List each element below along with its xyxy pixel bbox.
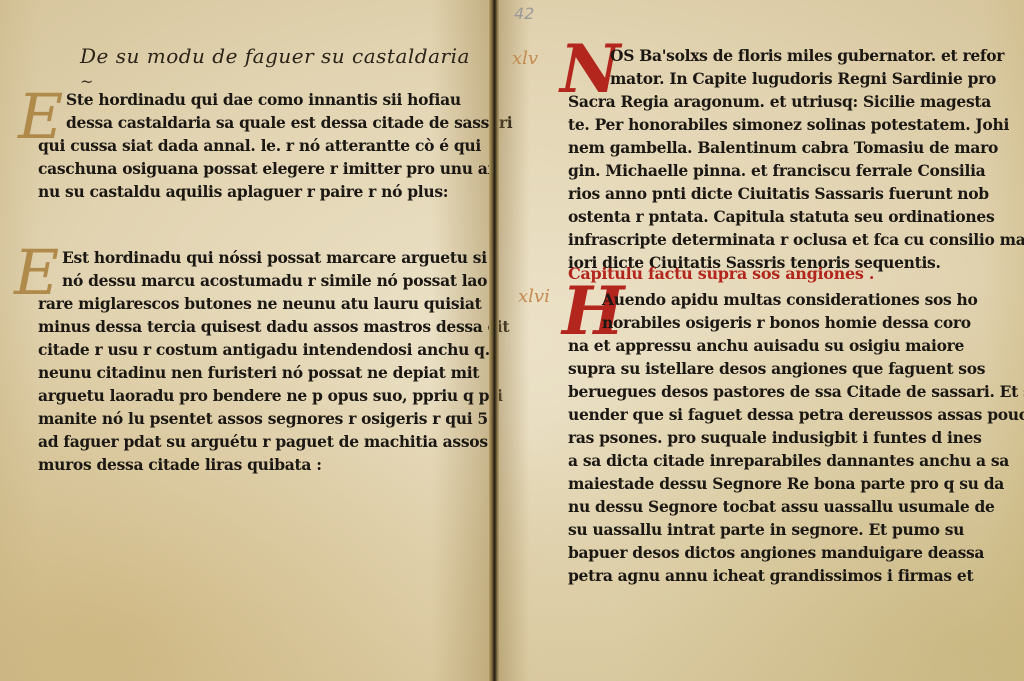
text-line: infrascripte determinata r oclusa et fca… (568, 228, 1024, 251)
text-line: arguetu laoradu pro bendere ne p opus su… (38, 384, 509, 407)
text-line: ad faguer pdat su arguétu r paguet de ma… (38, 430, 509, 453)
text-line: a sa dicta citade inreparabiles dannante… (568, 449, 1024, 472)
text-line: Auendo apidu multas considerationes sos … (568, 288, 1024, 311)
right-paragraph-2: Auendo apidu multas considerationes sos … (568, 288, 1024, 587)
text-line: bapuer desos dictos angiones manduigare … (568, 541, 1024, 564)
manuscript-spread: De su modu de faguer su castaldaria ~ E … (0, 0, 1024, 681)
text-line: muros dessa citade liras quibata : (38, 453, 509, 476)
text-line: OS Ba'solxs de floris miles gubernator. … (568, 44, 1024, 67)
text-line: nem gambella. Balentinum cabra Tomasiu d… (568, 136, 1024, 159)
right-page: 42 xlv N OS Ba'solxs de floris miles gub… (498, 0, 1024, 681)
text-line: petra agnu annu icheat grandissimos i fi… (568, 564, 1024, 587)
text-line: rare miglarescos butones ne neunu atu la… (38, 292, 509, 315)
text-line: nó dessu marcu acostumadu r simile nó po… (38, 269, 509, 292)
page-title: De su modu de faguer su castaldaria ~ (80, 44, 490, 92)
left-paragraph-1: Ste hordinadu qui dae como innantis sii … (38, 88, 512, 203)
left-paragraph-2: Est hordinadu qui nóssi possat marcare a… (38, 246, 509, 476)
text-line: supra su istellare desos angiones que fa… (568, 357, 1024, 380)
text-line: dessa castaldaria sa quale est dessa cit… (38, 111, 512, 134)
text-line: citade r usu r costum antigadu intendend… (38, 338, 509, 361)
text-line: rios anno pnti dicte Ciuitatis Sassaris … (568, 182, 1024, 205)
text-line: ras psones. pro suquale indusigbit i fun… (568, 426, 1024, 449)
text-line: uender que si faguet dessa petra dereuss… (568, 403, 1024, 426)
text-line: Sacra Regia aragonum. et utriusq: Sicili… (568, 90, 1024, 113)
text-line: manite nó lu psentet assos segnores r os… (38, 407, 509, 430)
margin-note: xlvi (518, 286, 550, 307)
text-line: nu su castaldu aquilis aplaguer r paire … (38, 180, 512, 203)
text-line: minus dessa tercia quisest dadu assos ma… (38, 315, 509, 338)
text-line: caschuna osiguana possat elegere r imitt… (38, 157, 512, 180)
text-line: norabiles osigeris r bonos homie dessa c… (568, 311, 1024, 334)
text-line: nu dessu Segnore tocbat assu uassallu us… (568, 495, 1024, 518)
text-line: neunu citadinu nen furisteri nó possat n… (38, 361, 509, 384)
text-line: Ste hordinadu qui dae como innantis sii … (38, 88, 512, 111)
margin-note: xlv (512, 48, 538, 69)
title-text: De su modu de faguer su castaldaria (80, 44, 470, 68)
text-line: qui cussa siat dada annal. le. r nó atte… (38, 134, 512, 157)
text-line: mator. In Capite lugudoris Regni Sardini… (568, 67, 1024, 90)
text-line: te. Per honorabiles simonez solinas pote… (568, 113, 1024, 136)
text-line: beruegues desos pastores de ssa Citade d… (568, 380, 1024, 403)
text-line: su uassallu intrat parte in segnore. Et … (568, 518, 1024, 541)
text-line: gin. Michaelle pinna. et franciscu ferra… (568, 159, 1024, 182)
text-line: Est hordinadu qui nóssi possat marcare a… (38, 246, 509, 269)
right-paragraph-1: OS Ba'solxs de floris miles gubernator. … (568, 44, 1024, 274)
left-page: De su modu de faguer su castaldaria ~ E … (0, 0, 490, 681)
text-line: maiestade dessu Segnore Re bona parte pr… (568, 472, 1024, 495)
text-line: ostenta r pntata. Capitula statuta seu o… (568, 205, 1024, 228)
folio-number: 42 (514, 4, 534, 23)
text-line: na et appressu anchu auisadu su osigiu m… (568, 334, 1024, 357)
